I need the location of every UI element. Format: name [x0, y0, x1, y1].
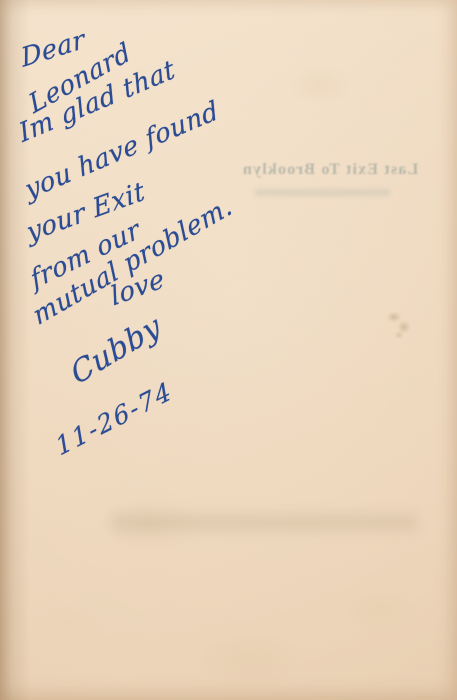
showthrough-book-title: Last Exit To Brooklyn [205, 161, 455, 179]
book-endpaper-photo: Last Exit To Brooklyn Dear Leonard Im gl… [0, 0, 457, 700]
showthrough-subtitle-smudge [255, 189, 390, 196]
foxing-spot [382, 309, 418, 341]
book-gutter-shadow [0, 0, 30, 700]
inscription-date: 11-26-74 [52, 376, 176, 462]
inscription-signature: Cubby [66, 308, 166, 392]
showthrough-lower-smudge [112, 514, 417, 531]
